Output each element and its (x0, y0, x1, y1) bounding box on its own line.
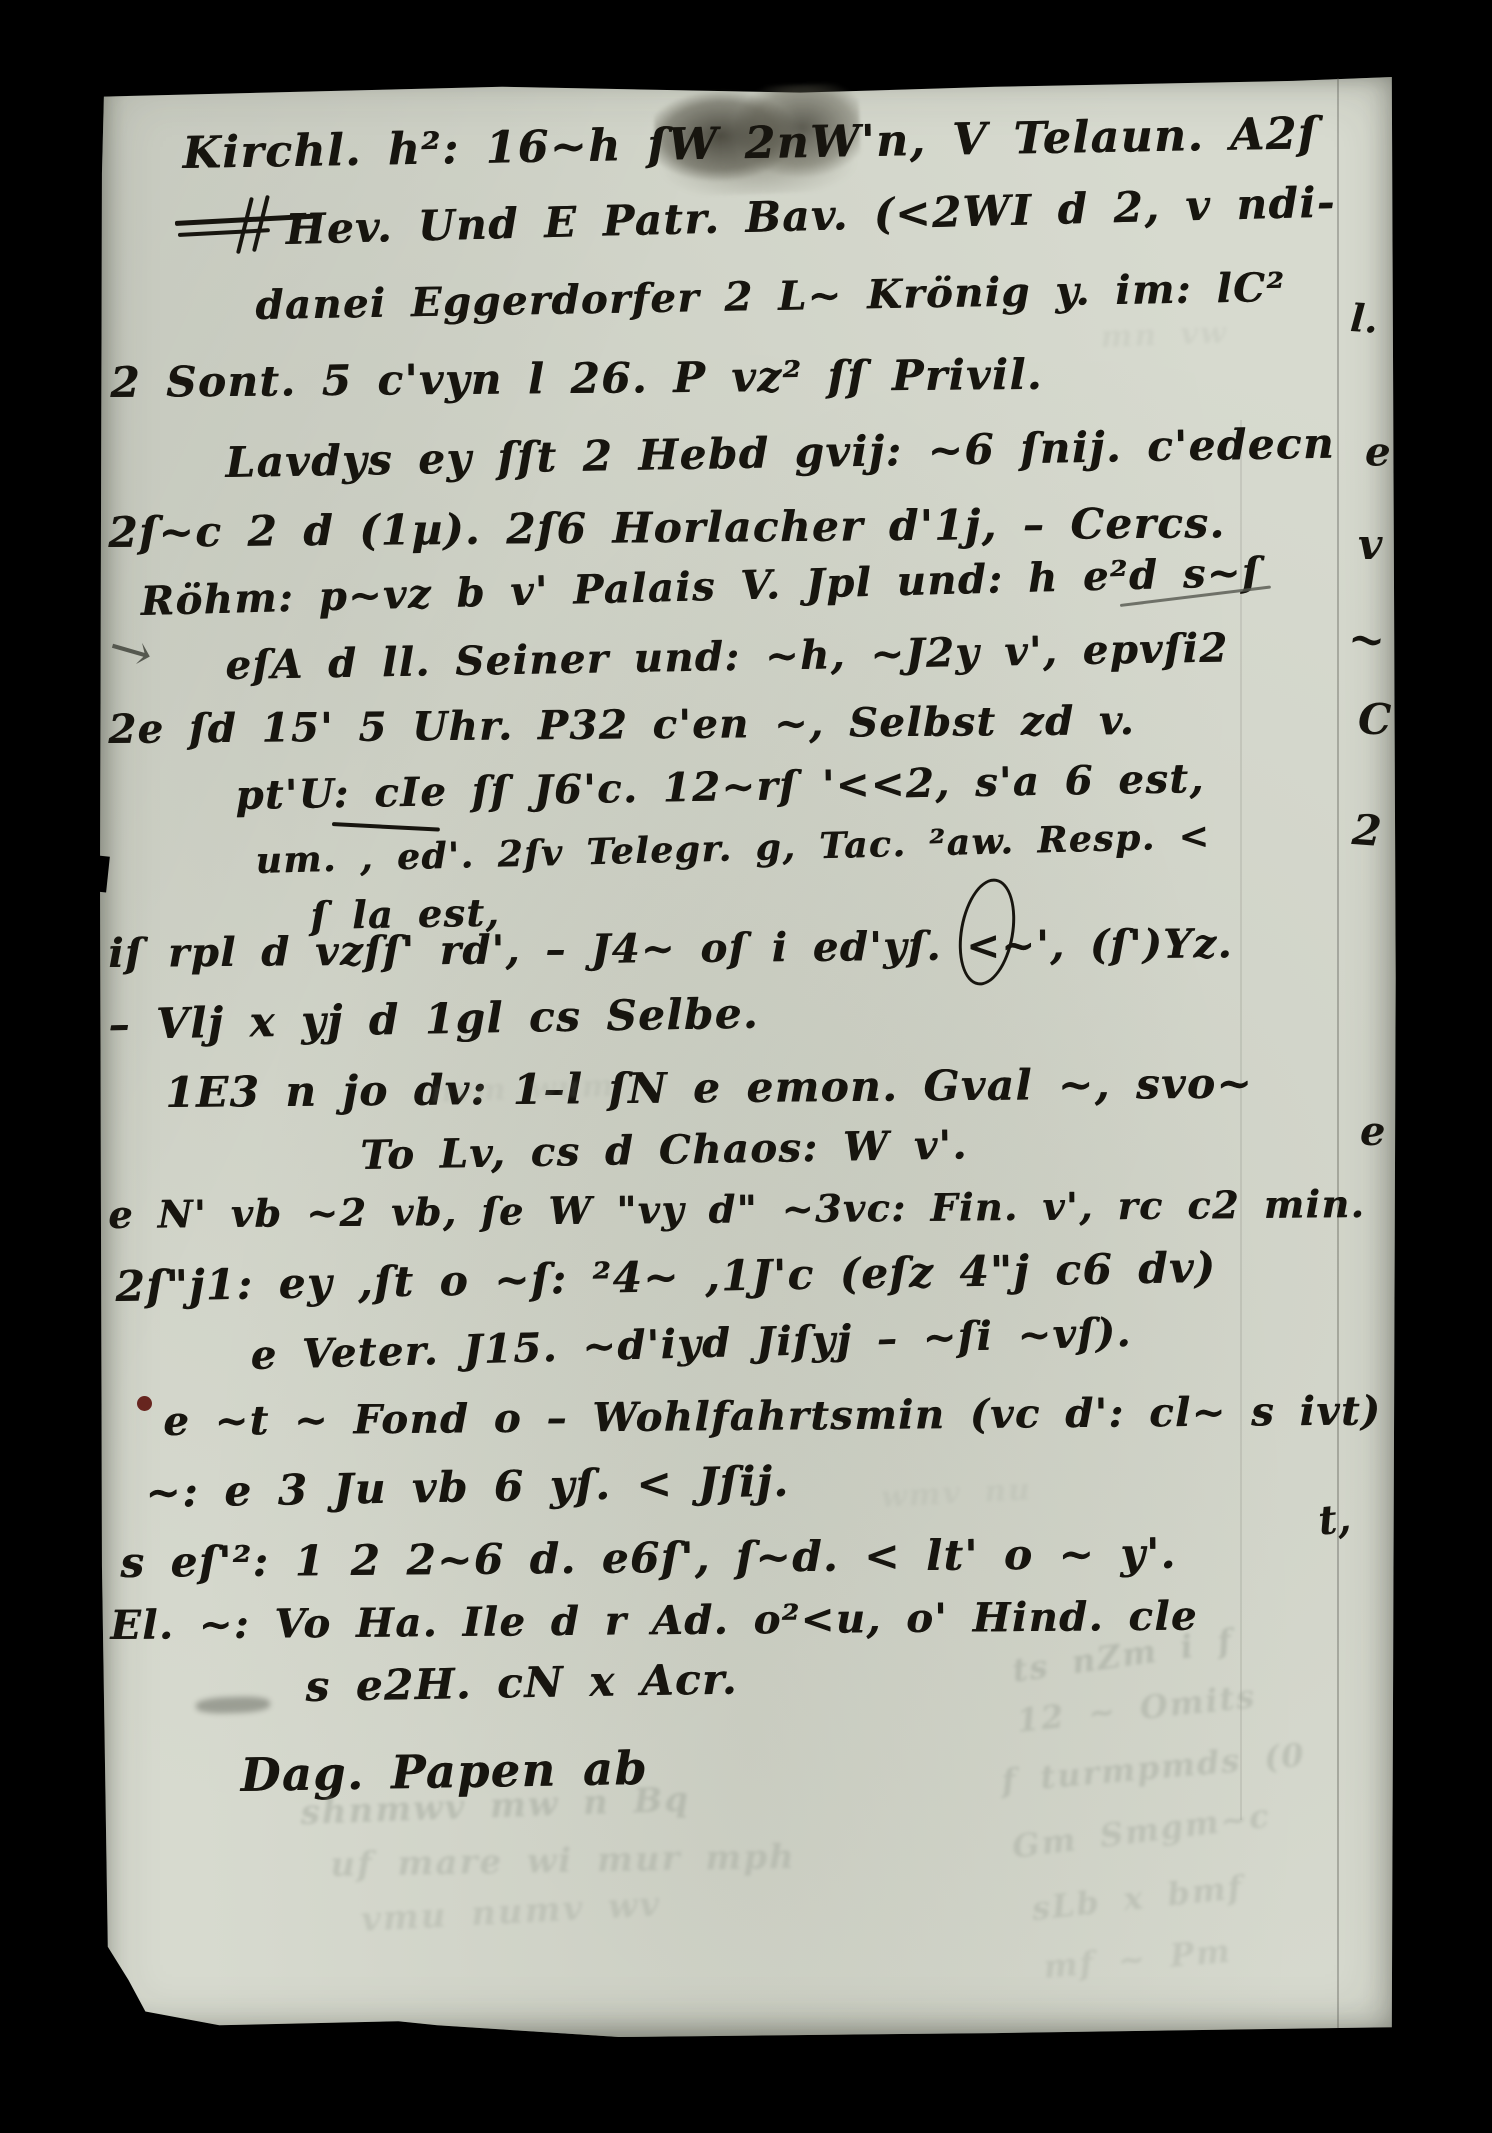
edge-fragment-glyph: ~ (1345, 612, 1389, 668)
edge-fragment-glyph: 2 (1351, 805, 1384, 856)
handwriting-line: 2 Sont. 5 c'vyn l 26. P vz² ſſ Privil. (110, 350, 1043, 407)
edge-fragment-glyph: e (1364, 428, 1391, 476)
handwriting-line: iſ rpl d vzſſ' rd', – J4~ oſ i ed'yſ. <~… (108, 920, 1233, 977)
handwriting-line: s e2H. cN x Acr. (305, 1654, 738, 1711)
ghost-bleed-through-line: nvm wum (430, 1069, 616, 1110)
handwriting-line: 2ſ~c 2 d (1µ). 2ſ6 Horlacher d'1j, – Cer… (108, 498, 1226, 557)
handwriting-line: s eſ'²: 1 2 2~6 d. e6ſ', ſ~d. < lt' o ~ … (120, 1529, 1177, 1587)
scan-background: Kirchl. h²: 16~h ſW 2nW'n, V Telaun. A2ſ… (0, 0, 1492, 2133)
ghost-bleed-through-line: mn vw (1100, 316, 1228, 355)
handwriting-line: 1E3 n jo dv: 1–l ſN e emon. Gval ~, svo~ (165, 1059, 1253, 1117)
faint-crease (1240, 420, 1242, 1820)
edge-fragment-glyph: v (1358, 520, 1382, 569)
handwriting-line: 2e ſd 15' 5 Uhr. P32 c'en ~, Selbst zd v… (108, 697, 1135, 753)
edge-fragment-glyph: C (1358, 695, 1391, 744)
edge-fragment-glyph: l. (1349, 295, 1380, 342)
edge-fragment-glyph: t, (1316, 1495, 1353, 1545)
vertical-fold-crease (1337, 78, 1339, 2028)
edge-fragment-glyph: e (1360, 1108, 1385, 1155)
handwriting-line: El. ~: Vo Ha. Ile d r Ad. o²<u, o' Hind.… (110, 1593, 1198, 1649)
red-dot-mark (137, 1396, 152, 1411)
ghost-bleed-through-line: uf mare wi mur mph (330, 1837, 796, 1885)
